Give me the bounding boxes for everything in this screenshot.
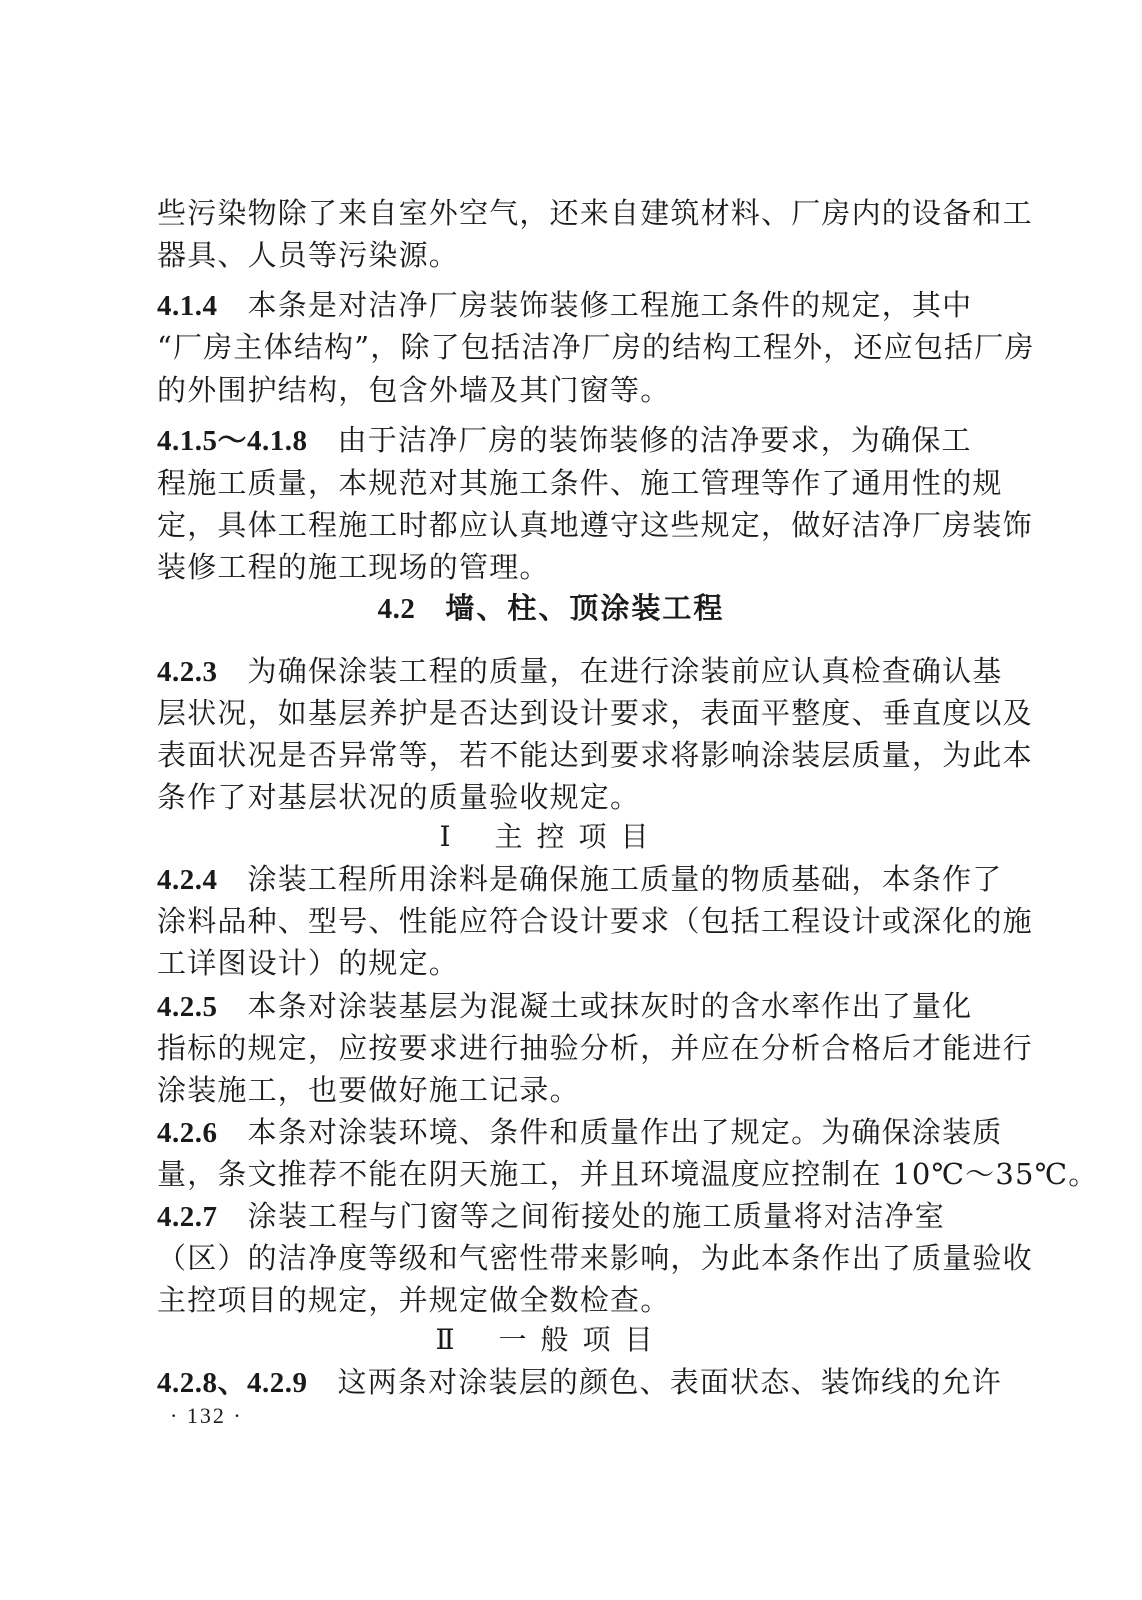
text-line: 器具、人员等污染源。 <box>157 234 945 276</box>
subheading-general-items: Ⅱ一般项目 <box>157 1319 945 1361</box>
page-number: · 132 · <box>170 1403 243 1429</box>
line-text: 定，具体工程施工时都应认真地遵守这些规定，做好洁净厂房装饰 <box>157 508 1033 542</box>
text-line: 条作了对基层状况的质量验收规定。 <box>157 776 945 818</box>
text-line: 装修工程的施工现场的管理。 <box>157 546 945 588</box>
clause-number: 4.2.4 <box>157 864 218 896</box>
line-text: 本条对涂装环境、条件和质量作出了规定。为确保涂装质 <box>248 1115 1003 1149</box>
text-line: 工详图设计）的规定。 <box>157 942 945 984</box>
line-text: 装修工程的施工现场的管理。 <box>157 550 550 584</box>
text-line: 主控项目的规定，并规定做全数检查。 <box>157 1279 945 1321</box>
text-line: 些污染物除了来自室外空气，还来自建筑材料、厂房内的设备和工 <box>157 192 945 234</box>
line-text: 这两条对涂装层的颜色、表面状态、装饰线的允许 <box>338 1365 1002 1399</box>
text-line: 指标的规定，应按要求进行抽验分析，并应在分析合格后才能进行 <box>157 1027 945 1069</box>
clause-4-2-3: 4.2.3为确保涂装工程的质量，在进行涂装前应认真检查确认基 <box>157 650 945 692</box>
text-line: （区）的洁净度等级和气密性带来影响，为此本条作出了质量验收 <box>157 1237 945 1279</box>
line-text: 本条对涂装基层为混凝土或抹灰时的含水率作出了量化 <box>248 989 973 1023</box>
line-text: 涂装工程与门窗等之间衔接处的施工质量将对洁净室 <box>248 1199 946 1233</box>
text-line: “厂房主体结构”，除了包括洁净厂房的结构工程外，还应包括厂房 <box>157 326 945 368</box>
line-text: 为确保涂装工程的质量，在进行涂装前应认真检查确认基 <box>248 654 1003 688</box>
clause-4-2-6: 4.2.6本条对涂装环境、条件和质量作出了规定。为确保涂装质 <box>157 1111 945 1153</box>
section-number: 4.2 <box>378 593 416 625</box>
text-line: 涂装施工，也要做好施工记录。 <box>157 1069 945 1111</box>
clause-4-1-5-to-4-1-8: 4.1.5～4.1.8由于洁净厂房的装饰装修的洁净要求，为确保工 <box>157 419 945 461</box>
line-text: “厂房主体结构”，除了包括洁净厂房的结构工程外，还应包括厂房 <box>157 330 1035 364</box>
clause-number: 4.2.7 <box>157 1201 218 1233</box>
subheading-title: 一般项目 <box>499 1323 667 1356</box>
text-line: 层状况，如基层养护是否达到设计要求，表面平整度、垂直度以及 <box>157 692 945 734</box>
section-title: 墙、柱、顶涂装工程 <box>445 591 724 625</box>
clause-number: 4.2.6 <box>157 1117 218 1149</box>
line-text: 涂装工程所用涂料是确保施工质量的物质基础，本条作了 <box>248 862 1003 896</box>
line-text: 器具、人员等污染源。 <box>157 238 459 272</box>
text-line: 量，条文推荐不能在阴天施工，并且环境温度应控制在 10℃～35℃。 <box>157 1153 945 1195</box>
clause-number: 4.2.8、4.2.9 <box>157 1367 308 1399</box>
line-text: 工详图设计）的规定。 <box>157 946 459 980</box>
line-text: 主控项目的规定，并规定做全数检查。 <box>157 1283 670 1317</box>
text-line: 涂料品种、型号、性能应符合设计要求（包括工程设计或深化的施 <box>157 900 945 942</box>
line-text: 条作了对基层状况的质量验收规定。 <box>157 780 640 814</box>
subheading-main-control-items: Ⅰ主控项目 <box>157 816 945 858</box>
line-text: 涂料品种、型号、性能应符合设计要求（包括工程设计或深化的施 <box>157 904 1033 938</box>
clause-4-1-4: 4.1.4本条是对洁净厂房装饰装修工程施工条件的规定，其中 <box>157 284 945 326</box>
line-text: 些污染物除了来自室外空气，还来自建筑材料、厂房内的设备和工 <box>157 196 1033 230</box>
text-line: 程施工质量，本规范对其施工条件、施工管理等作了通用性的规 <box>157 462 945 504</box>
clause-4-2-5: 4.2.5本条对涂装基层为混凝土或抹灰时的含水率作出了量化 <box>157 985 945 1027</box>
line-text: 指标的规定，应按要求进行抽验分析，并应在分析合格后才能进行 <box>157 1031 1033 1065</box>
clause-4-2-7: 4.2.7涂装工程与门窗等之间衔接处的施工质量将对洁净室 <box>157 1195 945 1237</box>
line-text: 本条是对洁净厂房装饰装修工程施工条件的规定，其中 <box>248 288 973 322</box>
line-text: 涂装施工，也要做好施工记录。 <box>157 1073 580 1107</box>
line-text: 的外围护结构，包含外墙及其门窗等。 <box>157 373 670 407</box>
text-line: 的外围护结构，包含外墙及其门窗等。 <box>157 369 945 411</box>
clause-number: 4.2.3 <box>157 656 218 688</box>
subheading-title: 主控项目 <box>495 820 663 853</box>
line-text: 程施工质量，本规范对其施工条件、施工管理等作了通用性的规 <box>157 466 1003 500</box>
line-text: （区）的洁净度等级和气密性带来影响，为此本条作出了质量验收 <box>157 1241 1033 1275</box>
text-line: 表面状况是否异常等，若不能达到要求将影响涂装层质量，为此本 <box>157 734 945 776</box>
clause-number: 4.1.5～4.1.8 <box>157 425 308 457</box>
clause-4-2-4: 4.2.4涂装工程所用涂料是确保施工质量的物质基础，本条作了 <box>157 858 945 900</box>
line-text: 层状况，如基层养护是否达到设计要求，表面平整度、垂直度以及 <box>157 696 1033 730</box>
roman-numeral: Ⅰ <box>439 820 464 853</box>
section-heading: 4.2墙、柱、顶涂装工程 <box>157 587 945 629</box>
roman-numeral: Ⅱ <box>435 1323 468 1356</box>
clause-number: 4.2.5 <box>157 991 218 1023</box>
clause-4-2-8-4-2-9: 4.2.8、4.2.9这两条对涂装层的颜色、表面状态、装饰线的允许 <box>157 1361 945 1403</box>
clause-number: 4.1.4 <box>157 290 218 322</box>
line-text: 表面状况是否异常等，若不能达到要求将影响涂装层质量，为此本 <box>157 738 1033 772</box>
text-line: 定，具体工程施工时都应认真地遵守这些规定，做好洁净厂房装饰 <box>157 504 945 546</box>
line-text: 由于洁净厂房的装饰装修的洁净要求，为确保工 <box>338 423 972 457</box>
line-text: 量，条文推荐不能在阴天施工，并且环境温度应控制在 10℃～35℃。 <box>157 1157 1099 1191</box>
